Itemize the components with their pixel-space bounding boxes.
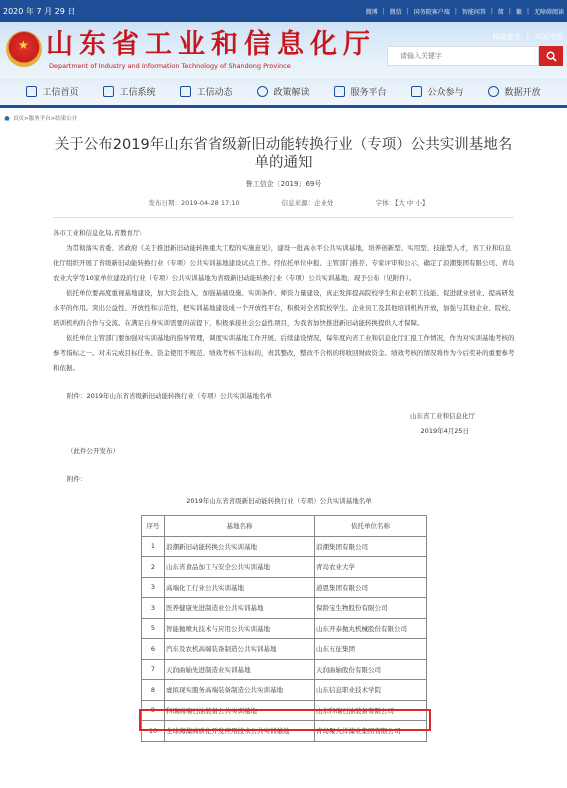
table-row: 2山东省食品加工与安全公共实训基地青岛农业大学 bbox=[142, 557, 427, 578]
table-caption: 2019年山东省省级新旧动能转换行业（专项）公共实训基地名单 bbox=[43, 494, 515, 509]
cell-base: 虚拟现实服务高端装备制造公共实训基地 bbox=[165, 680, 315, 701]
site-subtitle: Department of Industry and Information T… bbox=[49, 62, 291, 70]
header-org-name: 依托单位名称 bbox=[315, 516, 427, 537]
document-number: 鲁工信企〔2019〕69号 bbox=[0, 179, 567, 189]
attachment-line: 附件：2019年山东省省级新旧动能转换行业（专项）公共实训基地名单 bbox=[53, 389, 515, 404]
top-bar: 2020 年 7 月 29 日 微博| 微信| 国务院客户端| 智能问答| 简|… bbox=[0, 0, 567, 22]
highlight-box bbox=[139, 709, 431, 731]
search-input[interactable] bbox=[387, 46, 539, 66]
breadcrumb: 首页>服务平台>结果公开 bbox=[0, 108, 567, 128]
attachment-label: 附件： bbox=[53, 472, 515, 487]
paragraph: 为贯彻落实省委、省政府《关于推进新旧动能转换重大工程的实施意见》，建设一批高水平… bbox=[53, 241, 515, 286]
page-title: 关于公布2019年山东省省级新旧动能转换行业（专项）公共实训基地名单的通知 bbox=[0, 136, 567, 172]
cell-org: 山东开泰抛丸机械股份有限公司 bbox=[315, 618, 427, 639]
cell-no: 3 bbox=[142, 598, 165, 619]
cell-org: 山东信息职业技术学院 bbox=[315, 680, 427, 701]
sitemap-link[interactable]: 网站地图 bbox=[535, 32, 563, 42]
table-row: 3高端化工行业公共实训基地道恩集团有限公司 bbox=[142, 577, 427, 598]
service-icon bbox=[334, 86, 345, 97]
site-header: ★ 山东省工业和信息化厅 Department of Industry and … bbox=[0, 22, 567, 78]
nav-service[interactable]: 服务平台 bbox=[334, 85, 386, 98]
table-row: 5智能抛喷丸技术与应用公共实训基地山东开泰抛丸机械股份有限公司 bbox=[142, 618, 427, 639]
document-icon bbox=[180, 86, 191, 97]
nav-label: 公众参与 bbox=[427, 85, 463, 98]
cell-base: 智能抛喷丸技术与应用公共实训基地 bbox=[165, 618, 315, 639]
nav-label: 工信动态 bbox=[196, 85, 232, 98]
data-icon bbox=[488, 86, 499, 97]
cell-org: 山东五征集团 bbox=[315, 639, 427, 660]
cell-base: 天润曲轴先进制造业实训基地 bbox=[165, 659, 315, 680]
separator: | bbox=[407, 8, 409, 15]
cell-no: 8 bbox=[142, 680, 165, 701]
cell-base: 高端化工行业公共实训基地 bbox=[165, 577, 315, 598]
separator: | bbox=[455, 8, 457, 15]
gov-client-link[interactable]: 国务院客户端 bbox=[414, 7, 450, 16]
nav-label: 工信首页 bbox=[42, 85, 78, 98]
mail-login-link[interactable]: 邮箱登录 bbox=[493, 32, 521, 42]
traditional-link[interactable]: 繁 bbox=[516, 7, 522, 16]
cell-no: 3 bbox=[142, 577, 165, 598]
national-emblem-icon: ★ bbox=[6, 31, 42, 67]
separator: | bbox=[509, 8, 511, 15]
table-row: 7天润曲轴先进制造业实训基地天润曲轴股份有限公司 bbox=[142, 659, 427, 680]
cell-base: 浪潮新旧动能转换公共实训基地 bbox=[165, 536, 315, 557]
salutation: 各市工业和信息化局,省教育厅: bbox=[53, 226, 515, 241]
policy-icon bbox=[257, 86, 268, 97]
home-icon bbox=[4, 116, 10, 121]
cell-org: 天润曲轴股份有限公司 bbox=[315, 659, 427, 680]
search-button[interactable] bbox=[539, 46, 563, 66]
cell-base: 医养健康先进制造业公共实训基地 bbox=[165, 598, 315, 619]
table-row: 3医养健康先进制造业公共实训基地保龄宝生物股份有限公司 bbox=[142, 598, 427, 619]
cell-org: 青岛农业大学 bbox=[315, 557, 427, 578]
table-row: 6汽车及农机高端装备制造公共实训基地山东五征集团 bbox=[142, 639, 427, 660]
header-no: 序号 bbox=[142, 516, 165, 537]
signature: 山东省工业和信息化厅 bbox=[53, 409, 515, 424]
cell-no: 5 bbox=[142, 618, 165, 639]
cell-base: 汽车及农机高端装备制造公共实训基地 bbox=[165, 639, 315, 660]
site-title[interactable]: 山东省工业和信息化厅 bbox=[46, 30, 376, 60]
top-links: 微博| 微信| 国务院客户端| 智能问答| 简| 繁| 无障碍阅读 bbox=[366, 7, 564, 16]
header-base-name: 基地名称 bbox=[165, 516, 315, 537]
nav-home[interactable]: 工信首页 bbox=[26, 85, 78, 98]
paragraph: 依托单位主管部门要加强对实训基地的指导管理，调度实训基地工作开展、后续建设情况，… bbox=[53, 331, 515, 376]
book-icon bbox=[411, 86, 422, 97]
current-date: 2020 年 7 月 29 日 bbox=[3, 6, 75, 17]
sign-date: 2019年4月25日 bbox=[53, 424, 515, 439]
weibo-link[interactable]: 微博 bbox=[366, 7, 378, 16]
separator: | bbox=[527, 8, 529, 15]
cell-no: 7 bbox=[142, 659, 165, 680]
publish-note: （此件公开发布） bbox=[53, 444, 515, 459]
info-source: 信息来源：企业处 bbox=[282, 198, 334, 207]
simplified-link[interactable]: 简 bbox=[498, 7, 504, 16]
separator: | bbox=[383, 8, 385, 15]
article-meta: 发布日期：2019-04-28 17:10 信息来源：企业处 字体：【大 中 小… bbox=[10, 198, 567, 207]
header-links: 邮箱登录 | 网站地图 bbox=[493, 32, 563, 42]
font-size-switcher[interactable]: 字体：【大 中 小】 bbox=[376, 198, 429, 207]
cell-no: 1 bbox=[142, 536, 165, 557]
nav-policy[interactable]: 政策解读 bbox=[257, 85, 309, 98]
cell-org: 浪潮集团有限公司 bbox=[315, 536, 427, 557]
building-icon bbox=[103, 86, 114, 97]
table-header-row: 序号 基地名称 依托单位名称 bbox=[142, 516, 427, 537]
breadcrumb-text[interactable]: 首页>服务平台>结果公开 bbox=[13, 114, 77, 122]
publish-date: 发布日期：2019-04-28 17:10 bbox=[149, 198, 240, 207]
separator: | bbox=[491, 8, 493, 15]
nav-data[interactable]: 数据开放 bbox=[488, 85, 540, 98]
nav-label: 服务平台 bbox=[350, 85, 386, 98]
wechat-link[interactable]: 微信 bbox=[390, 7, 402, 16]
cell-org: 道恩集团有限公司 bbox=[315, 577, 427, 598]
cell-base: 山东省食品加工与安全公共实训基地 bbox=[165, 557, 315, 578]
nav-label: 工信系统 bbox=[119, 85, 155, 98]
cell-no: 2 bbox=[142, 557, 165, 578]
table-row-highlighted: 8虚拟现实服务高端装备制造公共实训基地山东信息职业技术学院 bbox=[142, 680, 427, 701]
main-nav: 工信首页 工信系统 工信动态 政策解读 服务平台 公众参与 数据开放 bbox=[0, 78, 567, 108]
nav-label: 数据开放 bbox=[504, 85, 540, 98]
article-body: 各市工业和信息化局,省教育厅: 为贯彻落实省委、省政府《关于推进新旧动能转换重大… bbox=[0, 218, 567, 509]
accessibility-link[interactable]: 无障碍阅读 bbox=[534, 7, 564, 16]
search-icon bbox=[546, 51, 557, 62]
smart-qa-link[interactable]: 智能问答 bbox=[462, 7, 486, 16]
cell-no: 6 bbox=[142, 639, 165, 660]
nav-system[interactable]: 工信系统 bbox=[103, 85, 155, 98]
separator: | bbox=[527, 32, 529, 42]
home-icon bbox=[26, 86, 37, 97]
base-list-table: 序号 基地名称 依托单位名称 1浪潮新旧动能转换公共实训基地浪潮集团有限公司 2… bbox=[141, 515, 427, 742]
cell-org: 保龄宝生物股份有限公司 bbox=[315, 598, 427, 619]
paragraph: 依托单位要高度重视基地建设，加大资金投入，加强基础设施、实训条件、师资力量建设，… bbox=[53, 286, 515, 331]
nav-label: 政策解读 bbox=[273, 85, 309, 98]
search-box bbox=[387, 46, 563, 66]
nav-news[interactable]: 工信动态 bbox=[180, 85, 232, 98]
table-row: 1浪潮新旧动能转换公共实训基地浪潮集团有限公司 bbox=[142, 536, 427, 557]
nav-public[interactable]: 公众参与 bbox=[411, 85, 463, 98]
